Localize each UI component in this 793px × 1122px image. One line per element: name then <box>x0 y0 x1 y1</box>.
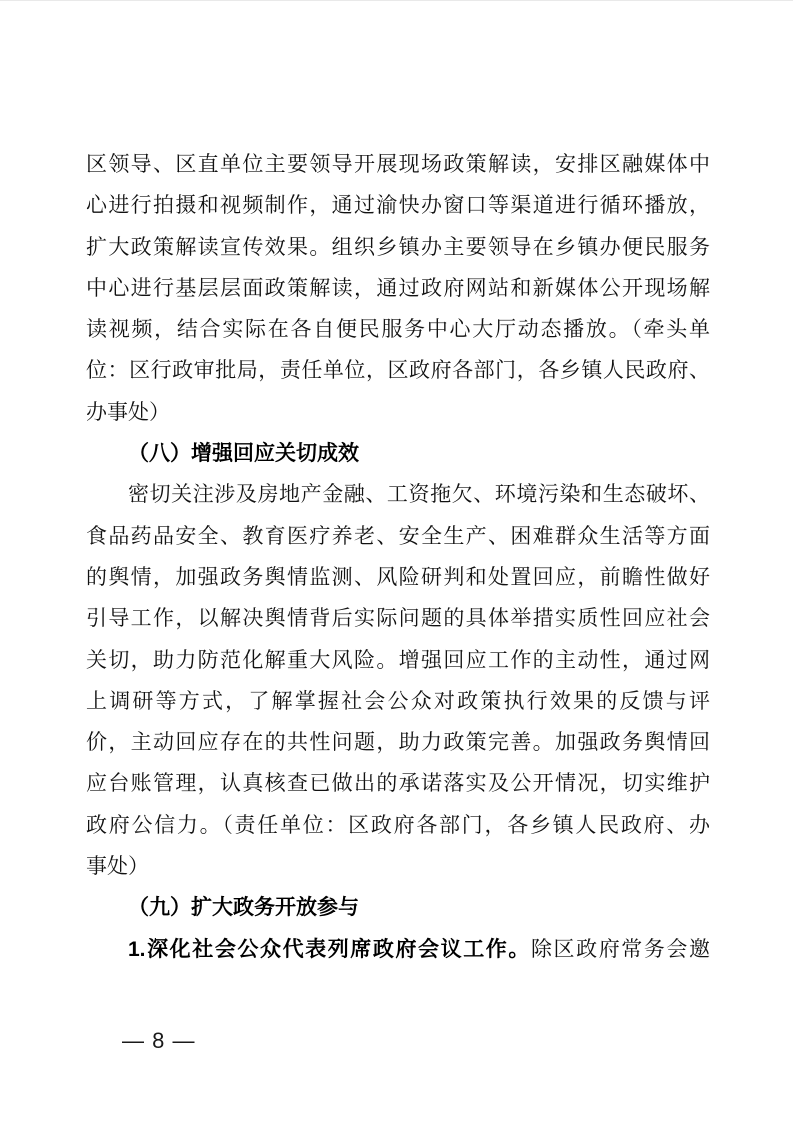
page-number: — 8 — <box>122 1026 195 1056</box>
text-line: 扩大政策解读宣传效果。组织乡镇办主要领导在乡镇办便民服务 <box>86 227 710 268</box>
text-line: 位：区行政审批局，责任单位，区政府各部门，各乡镇人民政府、 <box>86 350 710 391</box>
text-line: 上调研等方式，了解掌握社会公众对政策执行效果的反馈与评 <box>86 681 710 722</box>
numbered-item-text: 除区政府常务会邀 <box>531 938 710 961</box>
text-line: 关切，助力防范化解重大风险。增强回应工作的主动性，通过网 <box>86 640 710 681</box>
text-line: 政府公信力。（责任单位：区政府各部门，各乡镇人民政府、办 <box>86 805 710 846</box>
numbered-item-lead: 1.深化社会公众代表列席政府会议工作。 <box>128 938 531 961</box>
text-line: 心进行拍摄和视频制作，通过渝快办窗口等渠道进行循环播放， <box>86 185 710 226</box>
document-body: 区领导、区直单位主要领导开展现场政策解读，安排区融媒体中心进行拍摄和视频制作，通… <box>86 144 710 970</box>
text-line: 读视频，结合实际在各自便民服务中心大厅动态播放。（牵头单 <box>86 309 710 350</box>
numbered-item-line: 1.深化社会公众代表列席政府会议工作。除区政府常务会邀 <box>86 929 710 970</box>
text-line: 办事处） <box>86 392 710 433</box>
text-line: 食品药品安全、教育医疗养老、安全生产、困难群众生活等方面 <box>86 516 710 557</box>
page-top-edge <box>0 0 793 1</box>
text-line: 事处） <box>86 846 710 887</box>
document-page: 区领导、区直单位主要领导开展现场政策解读，安排区融媒体中心进行拍摄和视频制作，通… <box>0 0 793 1122</box>
text-line: 引导工作，以解决舆情背后实际问题的具体举措实质性回应社会 <box>86 598 710 639</box>
text-line: 中心进行基层层面政策解读，通过政府网站和新媒体公开现场解 <box>86 268 710 309</box>
section-heading: （九）扩大政务开放参与 <box>86 887 710 928</box>
text-line: 应台账管理，认真核查已做出的承诺落实及公开情况，切实维护 <box>86 763 710 804</box>
text-line: 区领导、区直单位主要领导开展现场政策解读，安排区融媒体中 <box>86 144 710 185</box>
section-heading: （八）增强回应关切成效 <box>86 433 710 474</box>
text-line: 的舆情，加强政务舆情监测、风险研判和处置回应，前瞻性做好 <box>86 557 710 598</box>
text-line: 价，主动回应存在的共性问题，助力政策完善。加强政务舆情回 <box>86 722 710 763</box>
text-line: 密切关注涉及房地产金融、工资拖欠、环境污染和生态破坏、 <box>86 474 710 515</box>
